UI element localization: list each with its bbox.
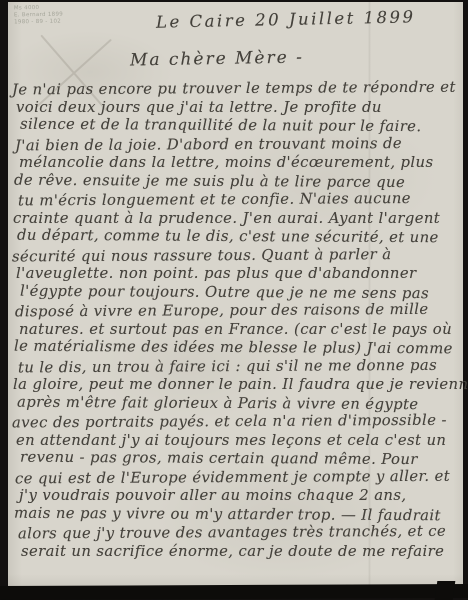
handwriting-line: crainte quant à la prudence. J'en aurai.… <box>13 210 460 229</box>
handwriting-line: voici deux jours que j'ai ta lettre. Je … <box>16 99 460 118</box>
handwriting-line: tu m'écris longuement et te confie. N'ai… <box>18 190 460 211</box>
handwriting-line: en attendant j'y ai toujours mes leçons … <box>16 432 460 451</box>
handwriting-line: tu le dis, un trou à faire ici : qui s'i… <box>18 356 460 377</box>
handwriting-line: du départ, comme tu le dis, c'est une sé… <box>17 227 460 248</box>
corner-clip <box>435 581 456 600</box>
handwriting-line: l'aveuglette. non point. pas plus que d'… <box>16 265 460 284</box>
handwriting-line: Je n'ai pas encore pu trouver le temps d… <box>12 79 460 100</box>
handwriting-line: la gloire, peut me donner le pain. Il fa… <box>13 376 460 395</box>
archival-annotation-line: 1980 - 89 - 102 <box>14 19 63 27</box>
photo-background: Ms 4000 E. Bernard 1899 1980 - 89 - 102 … <box>0 0 468 600</box>
handwriting-line: serait un sacrifice énorme, car je doute… <box>21 543 460 562</box>
handwriting-line: silence et de la tranquillité de la nuit… <box>20 116 460 137</box>
backdrop-bottom-band <box>0 584 468 600</box>
fold-crease <box>368 2 371 588</box>
handwriting-line: mélancolie dans la lettre, moins d'écœur… <box>19 154 460 173</box>
handwriting-line: disposé à vivre en Europe, pour des rais… <box>15 301 460 322</box>
handwriting-line: ce qui est de l'Europe évidemment je com… <box>15 467 460 488</box>
letter-body: Je n'ai pas encore pu trouver le temps d… <box>12 80 460 561</box>
handwriting-line: natures. et surtout pas en France. (car … <box>19 321 460 340</box>
handwriting-line: J'ai bien de la joie. D'abord en trouvan… <box>15 134 460 155</box>
handwriting-line: sécurité qui nous rassure tous. Quant à … <box>12 245 460 266</box>
handwriting-line: avec des portraits payés. et cela n'a ri… <box>12 412 460 433</box>
handwriting-line: j'y voudrais pouvoir aller au moins chaq… <box>19 487 460 506</box>
handwriting-line: revenu - pas gros, mais certain quand mê… <box>20 449 460 470</box>
archival-annotation: Ms 4000 E. Bernard 1899 1980 - 89 - 102 <box>14 5 63 27</box>
handwriting-line: le matérialisme des idées me blesse le p… <box>14 338 460 359</box>
letter-salutation: Ma chère Mère - <box>130 47 304 70</box>
handwriting-line: alors que j'y trouve des avantages très … <box>18 523 460 544</box>
letter-page: Ms 4000 E. Bernard 1899 1980 - 89 - 102 … <box>8 2 463 588</box>
letter-dateline: Le Caire 20 Juillet 1899 <box>156 7 416 31</box>
